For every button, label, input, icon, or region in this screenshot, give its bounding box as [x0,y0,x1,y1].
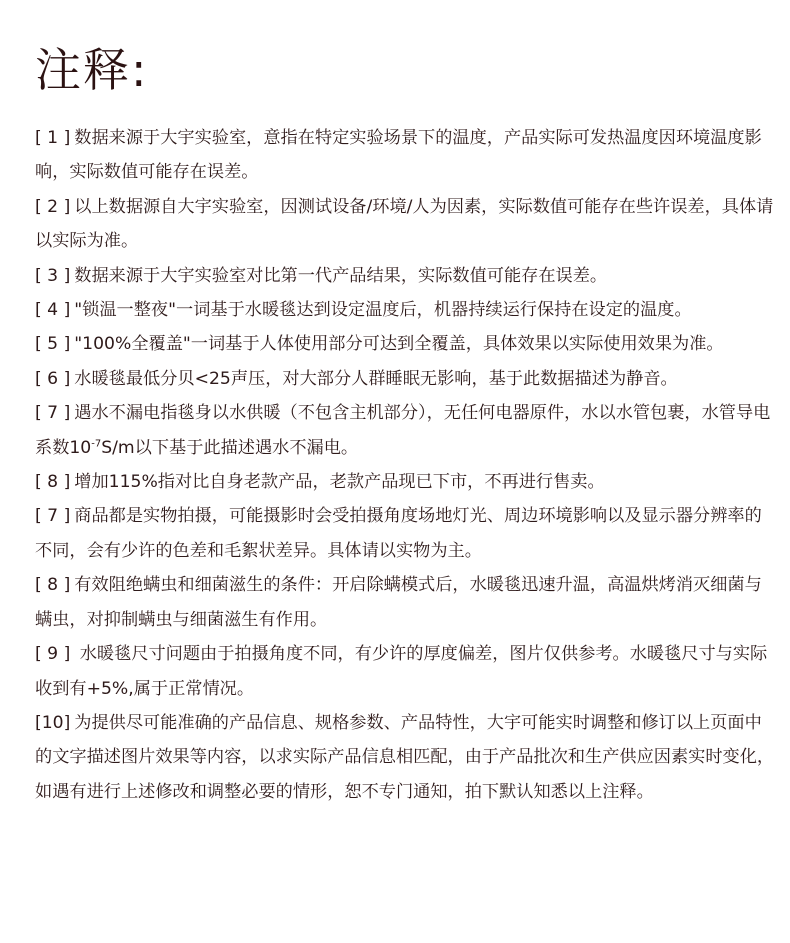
note-text: "100%全覆盖"一词基于人体使用部分可达到全覆盖，具体效果以实际使用效果为准。 [74,334,723,354]
note-tag: [ 7 ] [35,403,70,423]
note-item-10: [ 8 ]有效阻绝螨虫和细菌滋生的条件：开启除螨模式后，水暖毯迅速升温，高温烘烤… [35,568,775,637]
note-tag: [ 5 ] [35,334,70,354]
page-title: 注释: [35,42,149,98]
note-item-9: [ 7 ]商品都是实物拍摄，可能摄影时会受拍摄角度场地灯光、周边环境影响以及显示… [35,499,775,568]
note-superscript: -7 [91,438,101,449]
note-item-7: [ 7 ]遇水不漏电指毯身以水供暖（不包含主机部分），无任何电器原件，水以水管包… [35,396,775,465]
note-tag: [ 4 ] [35,300,70,320]
note-tag: [ 3 ] [35,266,70,286]
note-item-4: [ 4 ]"锁温一整夜"一词基于水暖毯达到设定温度后，机器持续运行保持在设定的温… [35,293,775,327]
note-text: S/m以下基于此描述遇水不漏电。 [101,438,358,458]
note-item-8: [ 8 ]增加115%指对比自身老款产品，老款产品现已下市，不再进行售卖。 [35,465,775,499]
note-item-6: [ 6 ]水暖毯最低分贝<25声压，对大部分人群睡眠无影响，基于此数据描述为静音… [35,362,775,396]
note-text: 数据来源于大宇实验室，意指在特定实验场景下的温度，产品实际可发热温度因环境温度影… [35,128,762,182]
notes-list: [ 1 ]数据来源于大宇实验室，意指在特定实验场景下的温度，产品实际可发热温度因… [35,121,775,809]
note-text: 水暖毯尺寸问题由于拍摄角度不同，有少许的厚度偏差，图片仅供参考。水暖毯尺寸与实际… [35,644,767,698]
note-tag: [ 1 ] [35,128,70,148]
note-item-1: [ 1 ]数据来源于大宇实验室，意指在特定实验场景下的温度，产品实际可发热温度因… [35,121,775,190]
note-tag: [10] [35,713,70,733]
note-item-12: [10]为提供尽可能准确的产品信息、规格参数、产品特性，大宇可能实时调整和修订以… [35,706,775,809]
note-tag: [ 8 ] [35,575,70,595]
note-item-5: [ 5 ]"100%全覆盖"一词基于人体使用部分可达到全覆盖，具体效果以实际使用… [35,327,775,361]
note-tag: [ 6 ] [35,369,70,389]
note-text: 水暖毯最低分贝<25声压，对大部分人群睡眠无影响，基于此数据描述为静音。 [74,369,677,389]
note-text: "锁温一整夜"一词基于水暖毯达到设定温度后，机器持续运行保持在设定的温度。 [74,300,691,320]
note-text: 增加115%指对比自身老款产品，老款产品现已下市，不再进行售卖。 [74,472,604,492]
note-text: 以上数据源自大宇实验室，因测试设备/环境/人为因素，实际数值可能存在些许误差，具… [35,197,773,251]
note-tag: [ 2 ] [35,197,70,217]
note-text: 为提供尽可能准确的产品信息、规格参数、产品特性，大宇可能实时调整和修订以上页面中… [35,713,774,802]
note-tag: [ 7 ] [35,506,70,526]
note-text: 有效阻绝螨虫和细菌滋生的条件：开启除螨模式后，水暖毯迅速升温，高温烘烤消灭细菌与… [35,575,762,629]
note-item-2: [ 2 ]以上数据源自大宇实验室，因测试设备/环境/人为因素，实际数值可能存在些… [35,190,775,259]
note-item-11: [ 9 ] 水暖毯尺寸问题由于拍摄角度不同，有少许的厚度偏差，图片仅供参考。水暖… [35,637,775,706]
note-tag: [ 8 ] [35,472,70,492]
note-text: 商品都是实物拍摄，可能摄影时会受拍摄角度场地灯光、周边环境影响以及显示器分辨率的… [35,506,762,560]
note-text: 数据来源于大宇实验室对比第一代产品结果，实际数值可能存在误差。 [74,266,607,286]
note-item-3: [ 3 ]数据来源于大宇实验室对比第一代产品结果，实际数值可能存在误差。 [35,259,775,293]
note-tag: [ 9 ] [35,644,70,664]
